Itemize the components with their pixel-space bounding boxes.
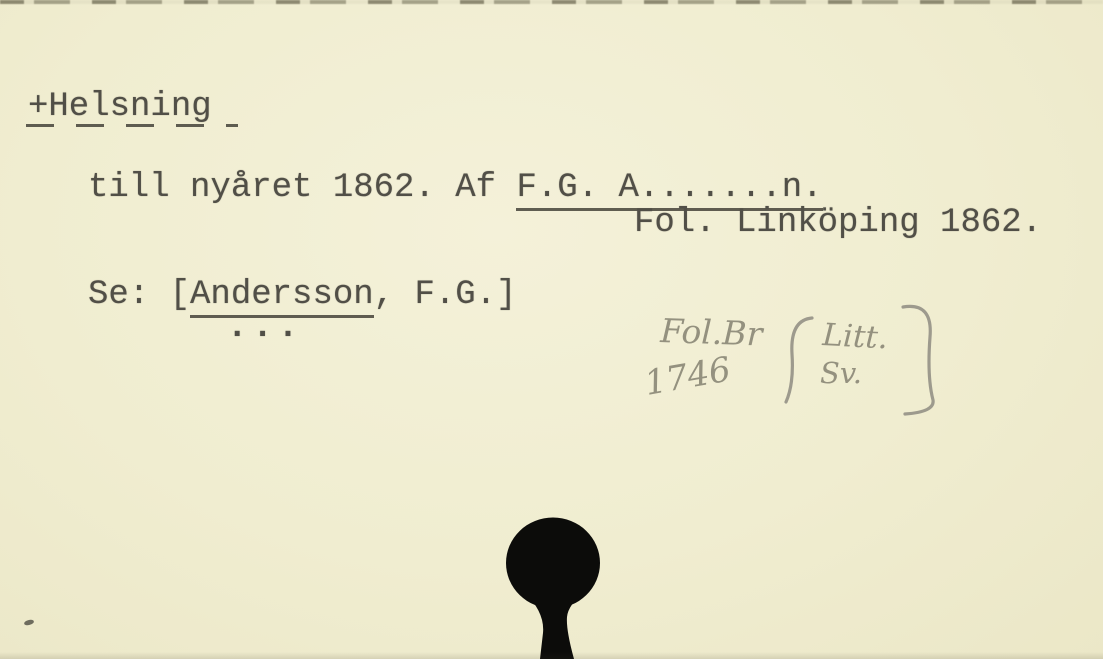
pencil-shelfmark-word: Fol.Br — [659, 311, 766, 354]
heading-dashed-underline — [26, 124, 238, 127]
pencil-shelfmark-number: 1746 — [642, 349, 734, 403]
scanned-catalog-card: +Helsning till nyåret 1862. Af F.G. A...… — [0, 0, 1103, 659]
title-prefix: till nyåret 1862. Af — [88, 169, 516, 207]
scan-top-edge — [0, 0, 1103, 4]
card-heading: +Helsning — [28, 90, 212, 124]
imprint-line: Fol. Linköping 1862. — [634, 206, 1042, 240]
punch-hole — [490, 515, 620, 659]
ellipsis-dots: ... — [227, 311, 303, 345]
title-line: till nyåret 1862. Af F.G. A.......n. — [88, 171, 823, 205]
see-suffix: , F.G.] — [374, 276, 517, 314]
pencil-left-bracket — [786, 318, 812, 402]
pencil-bracket-line2: Sv. — [820, 356, 862, 390]
pencil-bracket-line1: Litt. — [821, 317, 889, 356]
see-prefix: Se: [ — [88, 276, 190, 314]
see-reference-line: Se: [Andersson, F.G.] — [88, 278, 517, 312]
ink-speck — [24, 619, 35, 626]
scan-bottom-edge — [0, 652, 1103, 659]
pencil-right-bracket — [903, 306, 933, 414]
pencil-annotation: Fol.Br 1746 Litt. Sv. — [640, 292, 950, 427]
